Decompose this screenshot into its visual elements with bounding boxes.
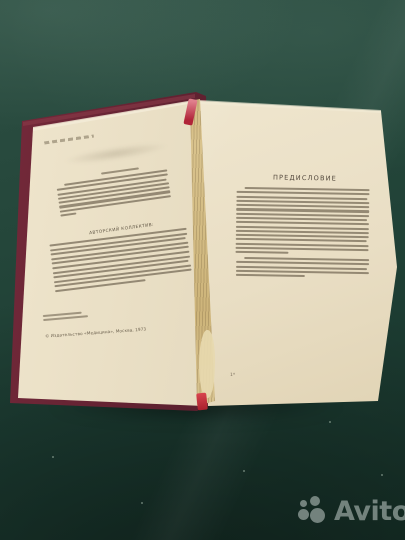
signature-footer-mark: 1* (230, 373, 235, 378)
fabric-speck (381, 474, 383, 476)
avito-wordmark: Avito (334, 498, 405, 525)
fabric-speck (52, 456, 54, 458)
avito-watermark: Avito (298, 496, 405, 526)
preface-paragraph-2 (236, 257, 369, 281)
bookmark-ribbon-bottom (196, 393, 208, 411)
preface-heading: ПРЕДИСЛОВИЕ (273, 173, 337, 182)
fabric-speck (243, 470, 245, 472)
photo-scene: АВТОРСКИЙ КОЛЛЕКТИВ: © Издательство «Мед… (0, 0, 405, 540)
preface-paragraph-1 (235, 187, 369, 258)
avito-logo-icon (298, 496, 329, 526)
fabric-speck (141, 502, 143, 504)
